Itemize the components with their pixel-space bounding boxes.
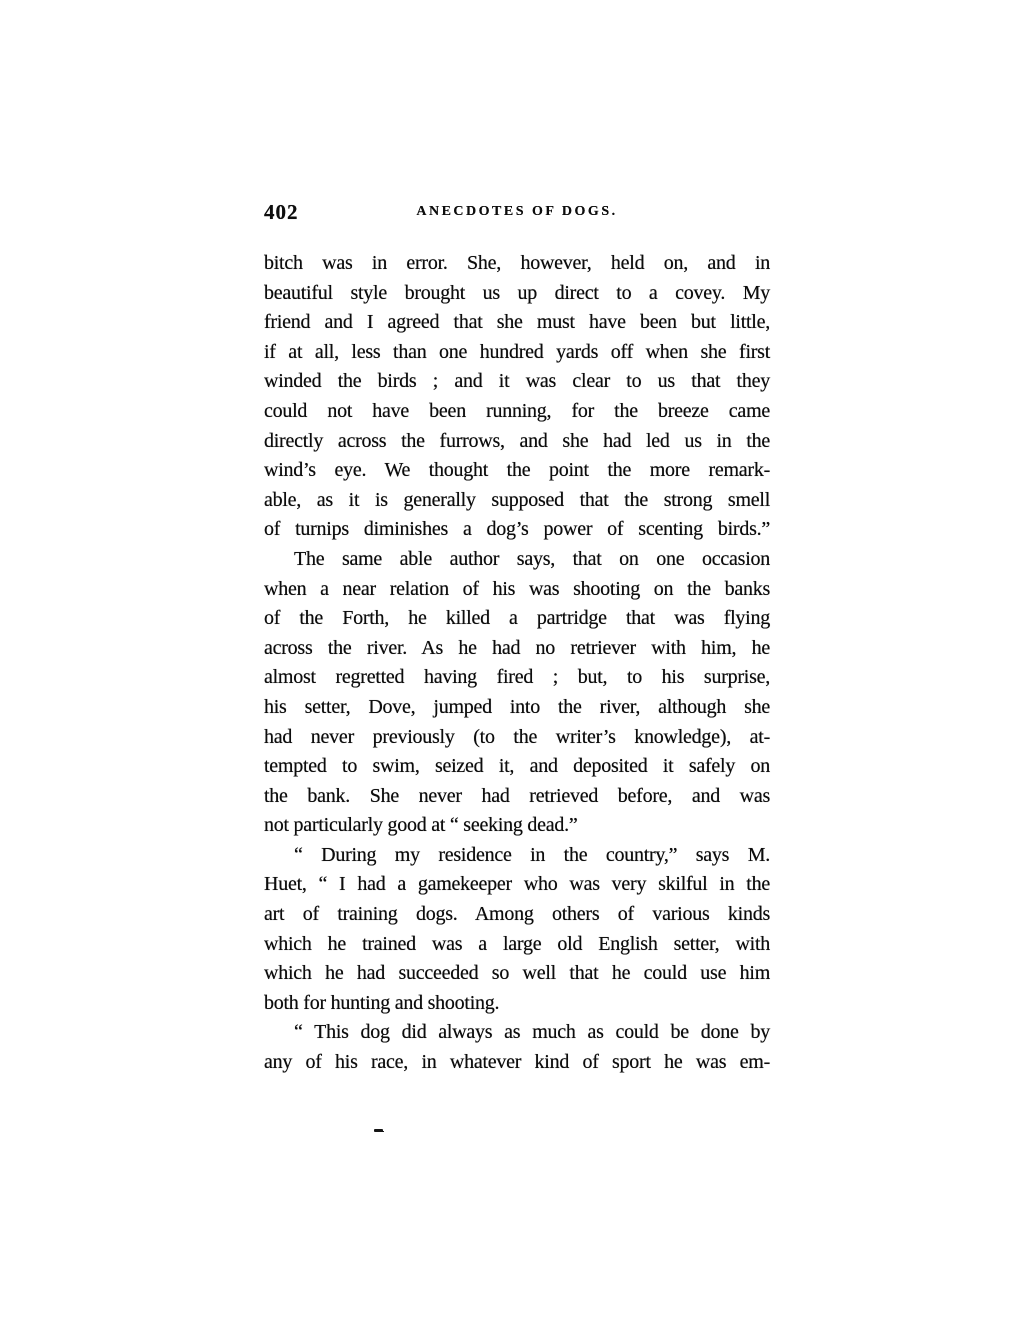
- text-line: wind’s eye. We thought the point the mor…: [264, 456, 770, 486]
- page-text: bitch was in error. She, however, held o…: [264, 249, 770, 1078]
- running-head: 402 ANECDOTES OF DOGS.: [264, 200, 770, 226]
- text-line: not particularly good at “ seeking dead.…: [264, 811, 770, 841]
- text-line: both for hunting and shooting.: [264, 989, 770, 1019]
- text-line: almost regretted having fired ; but, to …: [264, 663, 770, 693]
- text-line: “ This dog did always as much as could b…: [264, 1018, 770, 1048]
- paragraph: bitch was in error. She, however, held o…: [264, 249, 770, 545]
- text-line: tempted to swim, seized it, and deposite…: [264, 752, 770, 782]
- text-line: bitch was in error. She, however, held o…: [264, 249, 770, 279]
- text-line: any of his race, in whatever kind of spo…: [264, 1048, 770, 1078]
- book-page: 402 ANECDOTES OF DOGS. bitch was in erro…: [0, 0, 1033, 1339]
- text-line: the bank. She never had retrieved before…: [264, 782, 770, 812]
- text-line: friend and I agreed that she must have b…: [264, 308, 770, 338]
- paragraph: “ During my residence in the country,” s…: [264, 841, 770, 1019]
- text-line: which he had succeeded so well that he c…: [264, 959, 770, 989]
- text-line: of turnips diminishes a dog’s power of s…: [264, 515, 770, 545]
- text-line: across the river. As he had no retriever…: [264, 634, 770, 664]
- text-line: when a near relation of his was shooting…: [264, 575, 770, 605]
- text-line: directly across the furrows, and she had…: [264, 427, 770, 457]
- text-line: of the Forth, he killed a partridge that…: [264, 604, 770, 634]
- text-line: art of training dogs. Among others of va…: [264, 900, 770, 930]
- text-line: if at all, less than one hundred yards o…: [264, 338, 770, 368]
- text-line: able, as it is generally supposed that t…: [264, 486, 770, 516]
- ink-speck: [374, 1129, 383, 1132]
- text-line: Huet, “ I had a gamekeeper who was very …: [264, 870, 770, 900]
- paragraph: “ This dog did always as much as could b…: [264, 1018, 770, 1077]
- text-line: “ During my residence in the country,” s…: [264, 841, 770, 871]
- text-line: beautiful style brought us up direct to …: [264, 279, 770, 309]
- text-line: had never previously (to the writer’s kn…: [264, 723, 770, 753]
- text-line: which he trained was a large old English…: [264, 930, 770, 960]
- text-line: The same able author says, that on one o…: [264, 545, 770, 575]
- text-line: could not have been running, for the bre…: [264, 397, 770, 427]
- running-title: ANECDOTES OF DOGS.: [264, 204, 770, 220]
- text-line: his setter, Dove, jumped into the river,…: [264, 693, 770, 723]
- paragraph: The same able author says, that on one o…: [264, 545, 770, 841]
- text-line: winded the birds ; and it was clear to u…: [264, 367, 770, 397]
